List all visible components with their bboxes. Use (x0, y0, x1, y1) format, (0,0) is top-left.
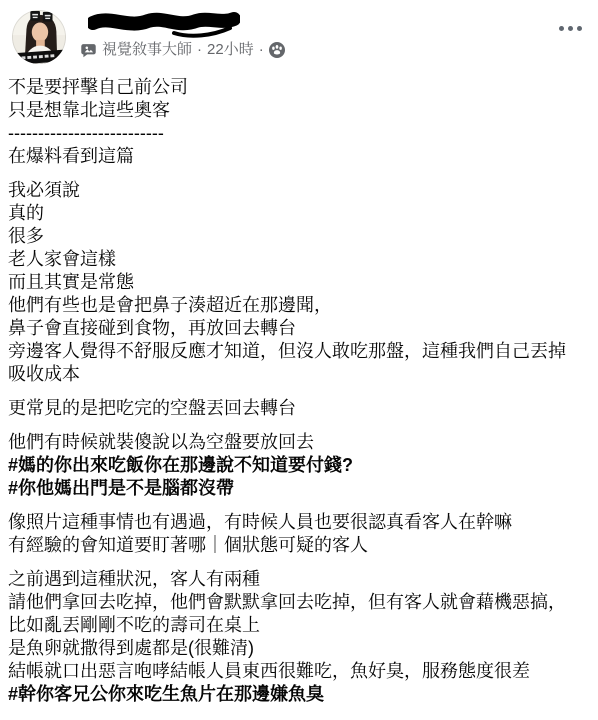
post-line: 有經驗的會知道要盯著哪｜個狀態可疑的客人 (8, 535, 368, 555)
visual-storyteller-badge-icon (80, 42, 97, 59)
post-line: 他們有些也是會把鼻子湊超近在那邊聞， (8, 295, 332, 315)
post-text: 不是要抨擊自己前公司只是想靠北這些奧客---------------------… (0, 64, 598, 706)
more-options-icon (577, 26, 582, 31)
post-paragraph: 他們有時候就裝傻說以為空盤要放回去#媽的你出來吃飯你在那邊說不知道要付錢?#你他… (8, 431, 590, 500)
post-timestamp[interactable]: 22小時 (207, 40, 254, 60)
more-options-icon (568, 26, 573, 31)
post-line: 而且其實是常態 (8, 272, 134, 292)
avatar[interactable] (12, 10, 66, 64)
avatar-photo (12, 10, 66, 64)
hashtag-text[interactable]: #幹你客兄公你來吃生魚片在那邊嫌魚臭 (8, 684, 324, 704)
post-meta: 視覺敘事大師 · 22小時 · (80, 40, 586, 60)
post-line: 像照片這種事情也有遇過，有時候人員也要很認真看客人在幹嘛 (8, 512, 512, 532)
post-line: 更常見的是把吃完的空盤丟回去轉台 (8, 398, 296, 418)
post-line: -------------------------- (8, 123, 164, 143)
post-line: 是魚卵就撒得到處都是(很難清) (8, 638, 254, 658)
post-line: 不是要抨擊自己前公司 (8, 77, 188, 97)
more-options-icon (559, 26, 564, 31)
post-line: 之前遇到這種狀況，客人有兩種 (8, 569, 260, 589)
post-line: 比如亂丟剛剛不吃的壽司在桌上 (8, 615, 260, 635)
hashtag-text[interactable]: #你他媽出門是不是腦都沒帶 (8, 478, 234, 498)
post-line: 在爆料看到這篇 (8, 146, 134, 166)
post-paragraph: 之前遇到這種狀況，客人有兩種請他們拿回去吃掉，他們會默默拿回去吃掉，但有客人就會… (8, 568, 590, 706)
meta-separator: · (259, 40, 264, 60)
post-line: 鼻子會直接碰到食物，再放回去轉台 (8, 318, 296, 338)
post-paragraph: 像照片這種事情也有遇過，有時候人員也要很認真看客人在幹嘛有經驗的會知道要盯著哪｜… (8, 511, 590, 557)
post-line: 吸收成本 (8, 364, 80, 384)
paw-icon (269, 42, 285, 58)
post-line: 只是想靠北這些奧客 (8, 100, 170, 120)
post-line: 老人家會這樣 (8, 249, 116, 269)
post-line: 我必須說 (8, 180, 80, 200)
badge-label: 視覺敘事大師 (102, 40, 192, 60)
post-line: 結帳就口出惡言咆哮結帳人員東西很難吃，魚好臭，服務態度很差 (8, 661, 530, 681)
author-name-link[interactable] (80, 10, 586, 38)
redaction-scribble (88, 8, 240, 42)
post-header: 視覺敘事大師 · 22小時 · (0, 0, 598, 64)
post-line: 旁邊客人覺得不舒服反應才知道，但沒人敢吃那盤，這種我們自己丟掉 (8, 341, 566, 361)
facebook-post: 視覺敘事大師 · 22小時 · 不是要抨擊自己前公司只是想靠北這些奧客-----… (0, 0, 598, 720)
more-options-button[interactable] (555, 20, 586, 37)
post-line: 他們有時候就裝傻說以為空盤要放回去 (8, 432, 314, 452)
post-paragraph: 我必須說真的很多老人家會這樣而且其實是常態他們有些也是會把鼻子湊超近在那邊聞，鼻… (8, 179, 590, 386)
post-line: 請他們拿回去吃掉，他們會默默拿回去吃掉，但有客人就會藉機惡搞， (8, 592, 566, 612)
post-paragraph: 更常見的是把吃完的空盤丟回去轉台 (8, 397, 590, 420)
post-line: 真的 (8, 203, 44, 223)
header-info: 視覺敘事大師 · 22小時 · (80, 10, 586, 60)
meta-separator: · (197, 40, 202, 60)
post-line: 很多 (8, 226, 44, 246)
hashtag-text[interactable]: #媽的你出來吃飯你在那邊說不知道要付錢? (8, 455, 353, 475)
post-paragraph: 不是要抨擊自己前公司只是想靠北這些奧客---------------------… (8, 76, 590, 168)
